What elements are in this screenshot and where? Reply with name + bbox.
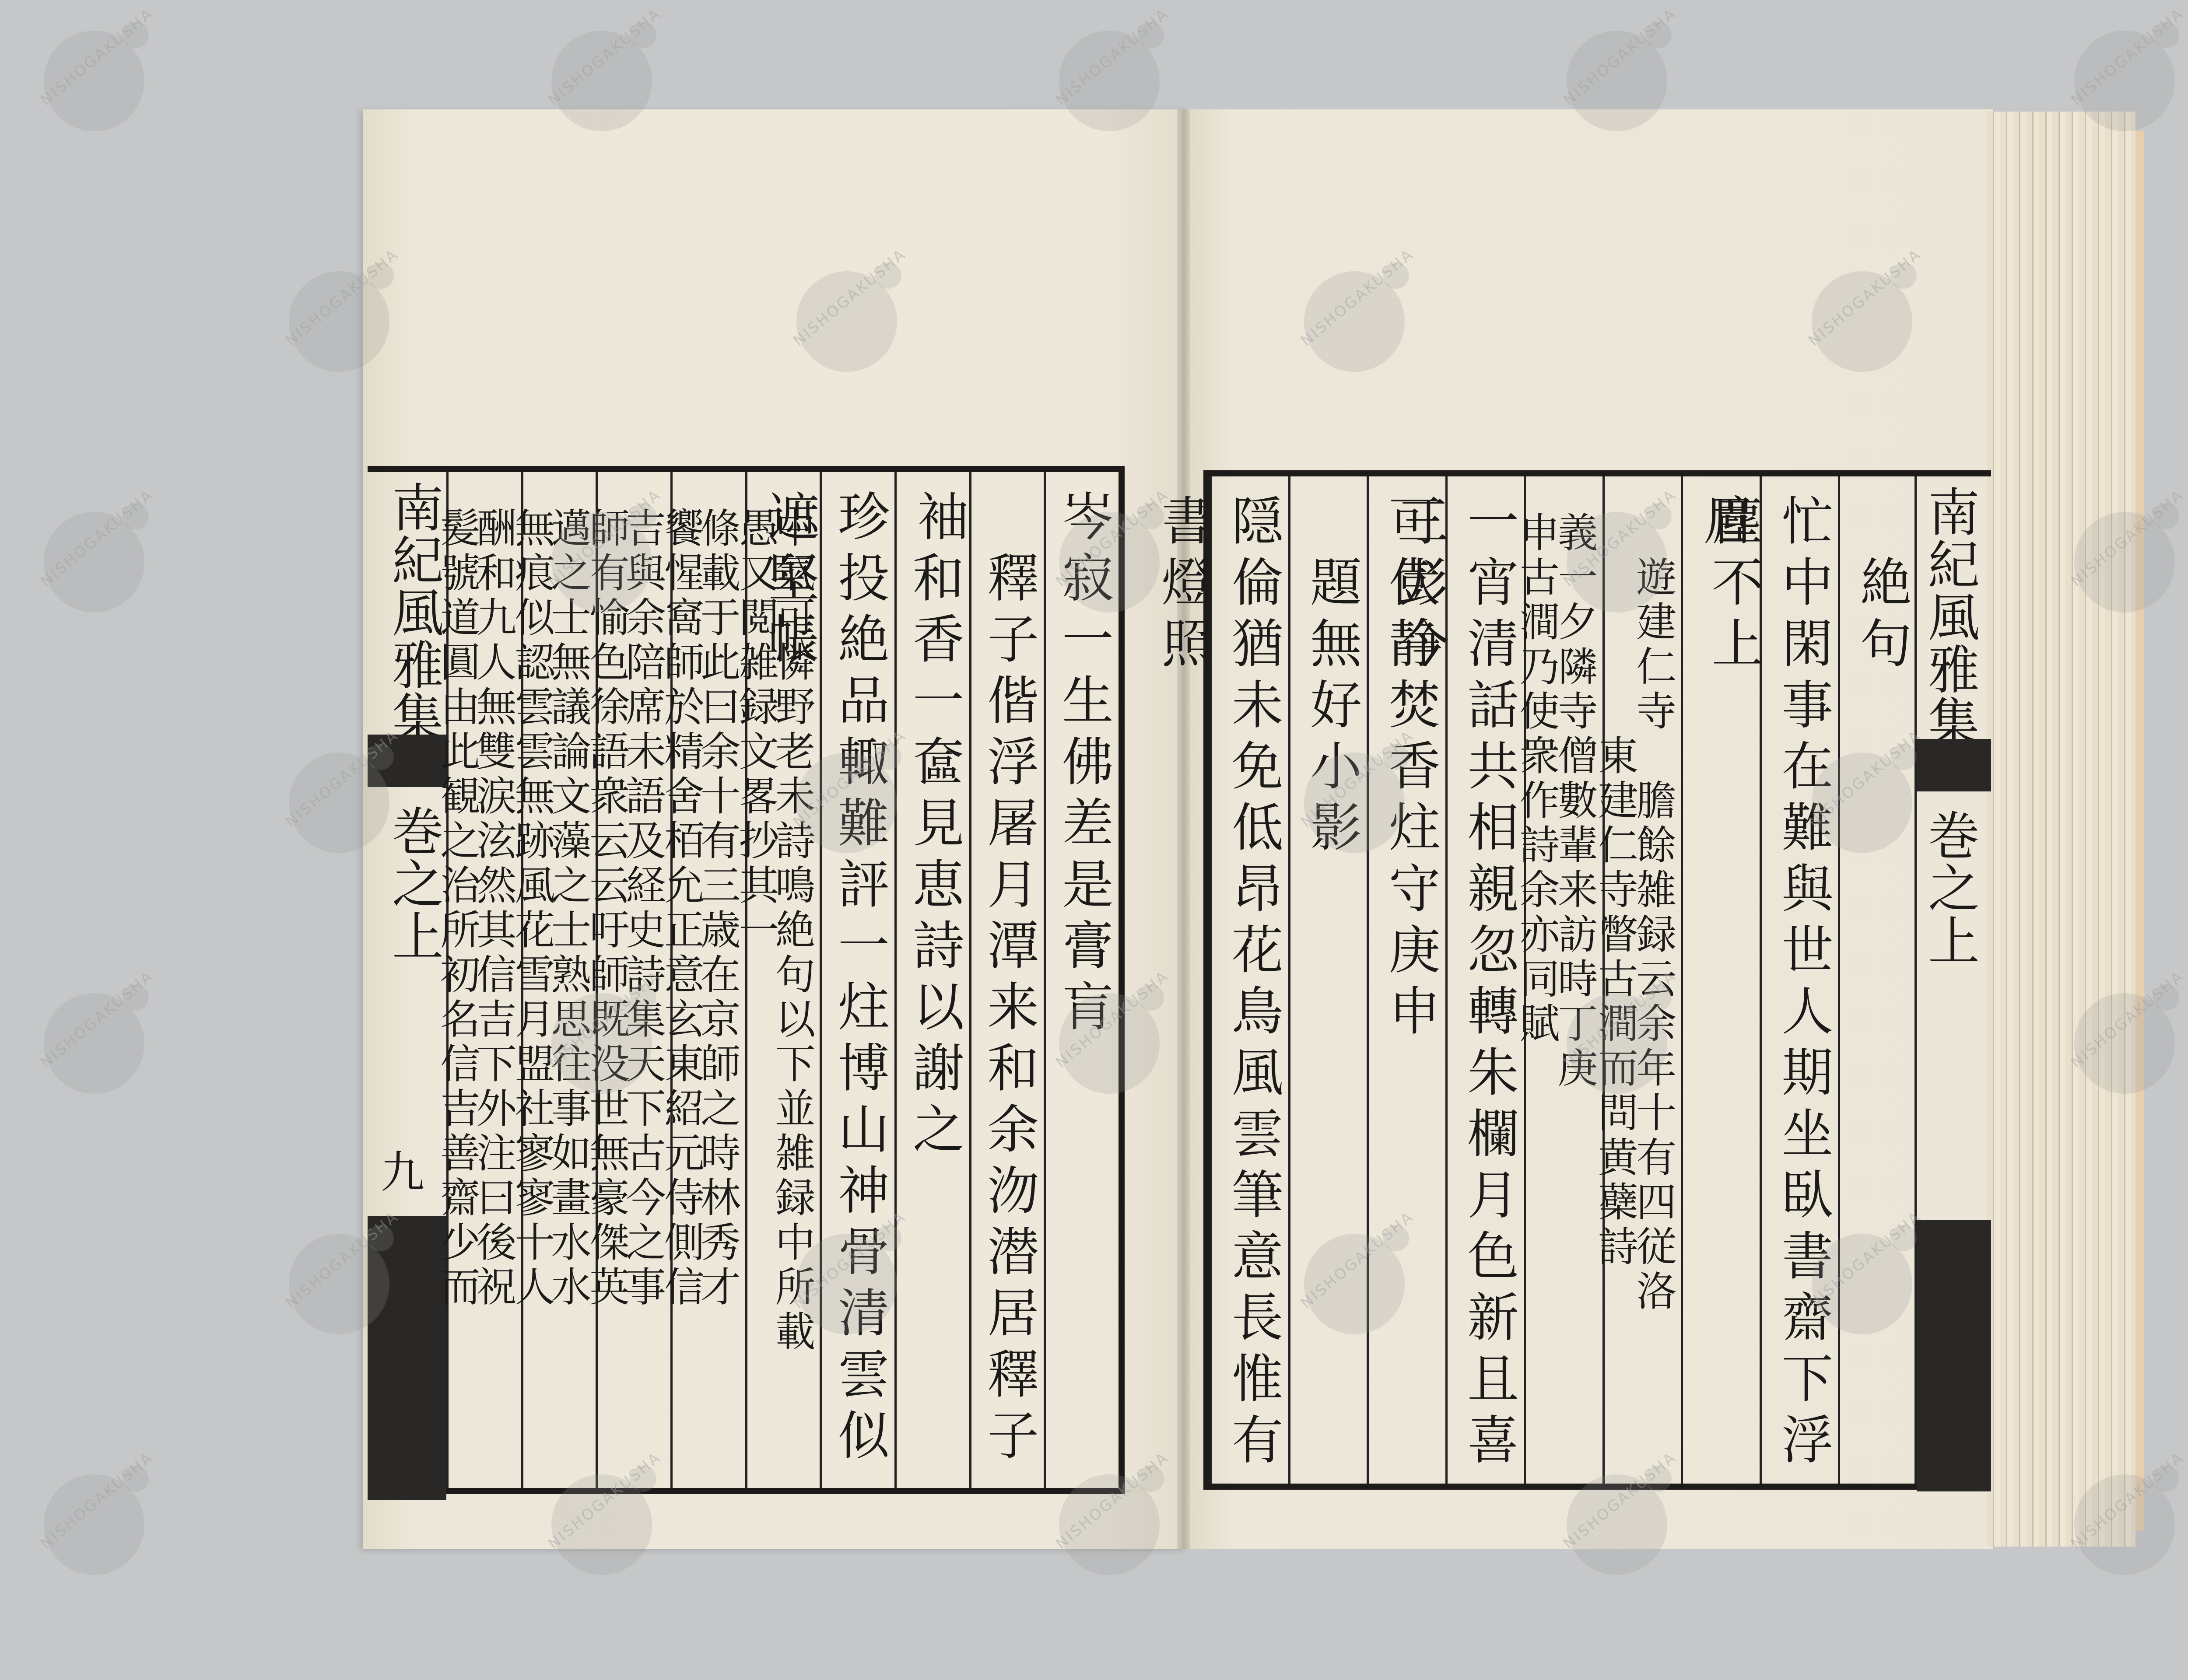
text-column: 隠倫猶未免低昂花鳥風雲筆意長惟有書燈照 [1210,476,1288,1484]
right-margin-hanshin: 南紀風雅集 巻之上 [1914,476,1991,1484]
page-stack-fore-edge [1987,112,2135,1547]
text-column: 條載于此曰余十有三歳在京師之時林秀才饗惺窩師於精舍栢允正意玄東紹元侍側信 [670,472,745,1488]
text-column: 中氣可憐野老未詩鳴絶句以下並雑録中所載愚又閲雑録文畧抄其一 [745,472,820,1488]
annotation-subcolumn-right: 中氣可憐野老未詩鳴絶句以下並雑録中所載 [784,490,820,1488]
text-column: 岑寂一生佛差是膏肓 [1044,472,1119,1488]
annotation-subcolumn-right: 義一夕隣寺僧數輩来訪時丁庚 [1564,494,1602,1484]
right-lower-fishtail [1917,1220,1991,1491]
text-column: 邁之士無議論文藻之士熟思往事如畫水水無痕似認雲雲無跡風花雪月盟社寥寥十人 [521,472,596,1488]
right-margin-volume: 巻之上 [1912,809,1987,966]
annotation-subcolumn-right: 邁之士無議論文藻之士熟思往事如畫水水 [560,490,596,1488]
text-column: 酬和九人無雙涙泫然其信吉下外注曰後祝髪號道圓由此観之治所初名信吉善齋少而 [446,472,521,1488]
text-column: 可伏静焚香炷守庚申 [1367,476,1445,1484]
annotation-subcolumn-right: 條載于此曰余十有三歳在京師之時林秀才 [709,490,745,1488]
text-column: 釋子偕浮屠月潭来和余沕潜居釋子袖 [969,472,1044,1488]
left-folio-number: 九 [381,1137,424,1200]
right-text-columns: 絶句忙中閑事在難與世人期坐臥書齋下浮塵不上眉 遊建仁寺 膽餘雑録云余年十有四従洛… [1210,476,1917,1484]
text-column: 一宵清話共相親忽轉朱欄月色新且喜三彭今 [1445,476,1524,1484]
left-text-frame: 南紀風雅集 巻之上 九 岑寂一生佛差是膏肓 釋子偕浮屠月潭来和余沕潜居釋子袖 和… [368,466,1125,1494]
left-text-columns: 岑寂一生佛差是膏肓 釋子偕浮屠月潭来和余沕潜居釋子袖 和香一奩見恵詩以謝之珍投絶… [446,472,1119,1488]
right-fishtail-mark [1917,739,1991,791]
text-column: 珍投絶品輙難評一炷博山神骨清雲似遮堅帳 [820,472,894,1488]
book-gutter [1177,109,1190,1549]
text-column: 眉 [1681,476,1760,1484]
right-text-frame: 南紀風雅集 巻之上 絶句忙中閑事在難與世人期坐臥書齋下浮塵不上眉 遊建仁寺 膽餘… [1203,470,1991,1490]
right-margin-title: 南紀風雅集 [1912,485,1987,748]
annotation-subcolumn-right: 酬和九人無雙涙泫然其信吉下外注曰後祝 [485,490,521,1488]
text-column: 忙中閑事在難與世人期坐臥書齋下浮塵不上 [1760,476,1838,1484]
text-column: 義一夕隣寺僧數輩来訪時丁庚申古澗乃使衆作詩余亦同賦 [1524,476,1602,1484]
text-column: 和香一奩見恵詩以謝之 [894,472,969,1488]
